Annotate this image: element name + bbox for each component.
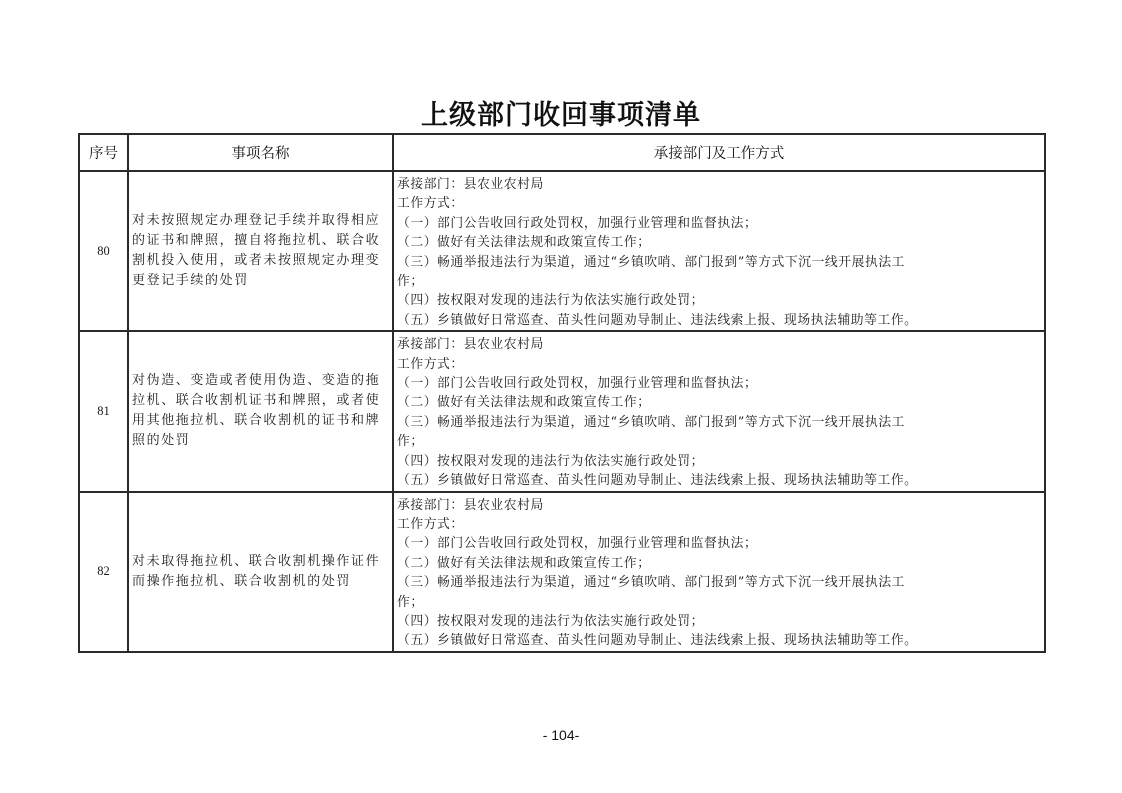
items-table: 序号 事项名称 承接部门及工作方式 80 对未按照规定办理登记手续并取得相应的证… bbox=[78, 133, 1046, 653]
table-row: 80 对未按照规定办理登记手续并取得相应的证书和牌照，擅自将拖拉机、联合收割机投… bbox=[79, 171, 1045, 331]
table-row: 82 对未取得拖拉机、联合收割机操作证件而操作拖拉机、联合收割机的处罚 承接部门… bbox=[79, 492, 1045, 652]
row-serial-number: 80 bbox=[79, 171, 128, 331]
dept-line: 作； bbox=[397, 593, 1041, 612]
header-serial-number: 序号 bbox=[79, 134, 128, 171]
header-department-method: 承接部门及工作方式 bbox=[393, 134, 1045, 171]
dept-line: （一）部门公告收回行政处罚权，加强行业管理和监督执法； bbox=[397, 374, 1041, 393]
dept-line: 承接部门：县农业农村局 bbox=[397, 335, 1041, 354]
page-title: 上级部门收回事项清单 bbox=[0, 93, 1122, 132]
header-item-name: 事项名称 bbox=[128, 134, 393, 171]
dept-line: （五）乡镇做好日常巡查、苗头性问题劝导制止、违法线索上报、现场执法辅助等工作。 bbox=[397, 311, 1041, 330]
dept-line: 承接部门：县农业农村局 bbox=[397, 175, 1041, 194]
dept-line: 工作方式： bbox=[397, 194, 1041, 213]
dept-line: 工作方式： bbox=[397, 355, 1041, 374]
dept-line: （二）做好有关法律法规和政策宣传工作； bbox=[397, 233, 1041, 252]
table-header-row: 序号 事项名称 承接部门及工作方式 bbox=[79, 134, 1045, 171]
dept-line: （二）做好有关法律法规和政策宣传工作； bbox=[397, 554, 1041, 573]
row-item-name: 对未取得拖拉机、联合收割机操作证件而操作拖拉机、联合收割机的处罚 bbox=[128, 492, 393, 652]
row-item-name: 对伪造、变造或者使用伪造、变造的拖拉机、联合收割机证书和牌照，或者使用其他拖拉机… bbox=[128, 331, 393, 491]
dept-line: （五）乡镇做好日常巡查、苗头性问题劝导制止、违法线索上报、现场执法辅助等工作。 bbox=[397, 471, 1041, 490]
dept-line: （一）部门公告收回行政处罚权，加强行业管理和监督执法； bbox=[397, 534, 1041, 553]
dept-line: 作； bbox=[397, 432, 1041, 451]
dept-line: （五）乡镇做好日常巡查、苗头性问题劝导制止、违法线索上报、现场执法辅助等工作。 bbox=[397, 631, 1041, 650]
dept-line: 作； bbox=[397, 272, 1041, 291]
dept-line: （三）畅通举报违法行为渠道，通过“乡镇吹哨、部门报到”等方式下沉一线开展执法工 bbox=[397, 253, 1041, 272]
table-row: 81 对伪造、变造或者使用伪造、变造的拖拉机、联合收割机证书和牌照，或者使用其他… bbox=[79, 331, 1045, 491]
dept-line: （三）畅通举报违法行为渠道，通过“乡镇吹哨、部门报到”等方式下沉一线开展执法工 bbox=[397, 413, 1041, 432]
dept-line: （四）按权限对发现的违法行为依法实施行政处罚； bbox=[397, 291, 1041, 310]
row-serial-number: 81 bbox=[79, 331, 128, 491]
dept-line: （二）做好有关法律法规和政策宣传工作； bbox=[397, 393, 1041, 412]
row-item-name: 对未按照规定办理登记手续并取得相应的证书和牌照，擅自将拖拉机、联合收割机投入使用… bbox=[128, 171, 393, 331]
row-department-method: 承接部门：县农业农村局 工作方式： （一）部门公告收回行政处罚权，加强行业管理和… bbox=[393, 492, 1045, 652]
dept-line: （四）按权限对发现的违法行为依法实施行政处罚； bbox=[397, 612, 1041, 631]
dept-line: 工作方式： bbox=[397, 515, 1041, 534]
dept-line: （四）按权限对发现的违法行为依法实施行政处罚； bbox=[397, 452, 1041, 471]
row-department-method: 承接部门：县农业农村局 工作方式： （一）部门公告收回行政处罚权，加强行业管理和… bbox=[393, 331, 1045, 491]
row-serial-number: 82 bbox=[79, 492, 128, 652]
page-number: - 104- bbox=[0, 727, 1122, 743]
dept-line: （一）部门公告收回行政处罚权，加强行业管理和监督执法； bbox=[397, 214, 1041, 233]
dept-line: 承接部门：县农业农村局 bbox=[397, 496, 1041, 515]
dept-line: （三）畅通举报违法行为渠道，通过“乡镇吹哨、部门报到”等方式下沉一线开展执法工 bbox=[397, 573, 1041, 592]
row-department-method: 承接部门：县农业农村局 工作方式： （一）部门公告收回行政处罚权，加强行业管理和… bbox=[393, 171, 1045, 331]
